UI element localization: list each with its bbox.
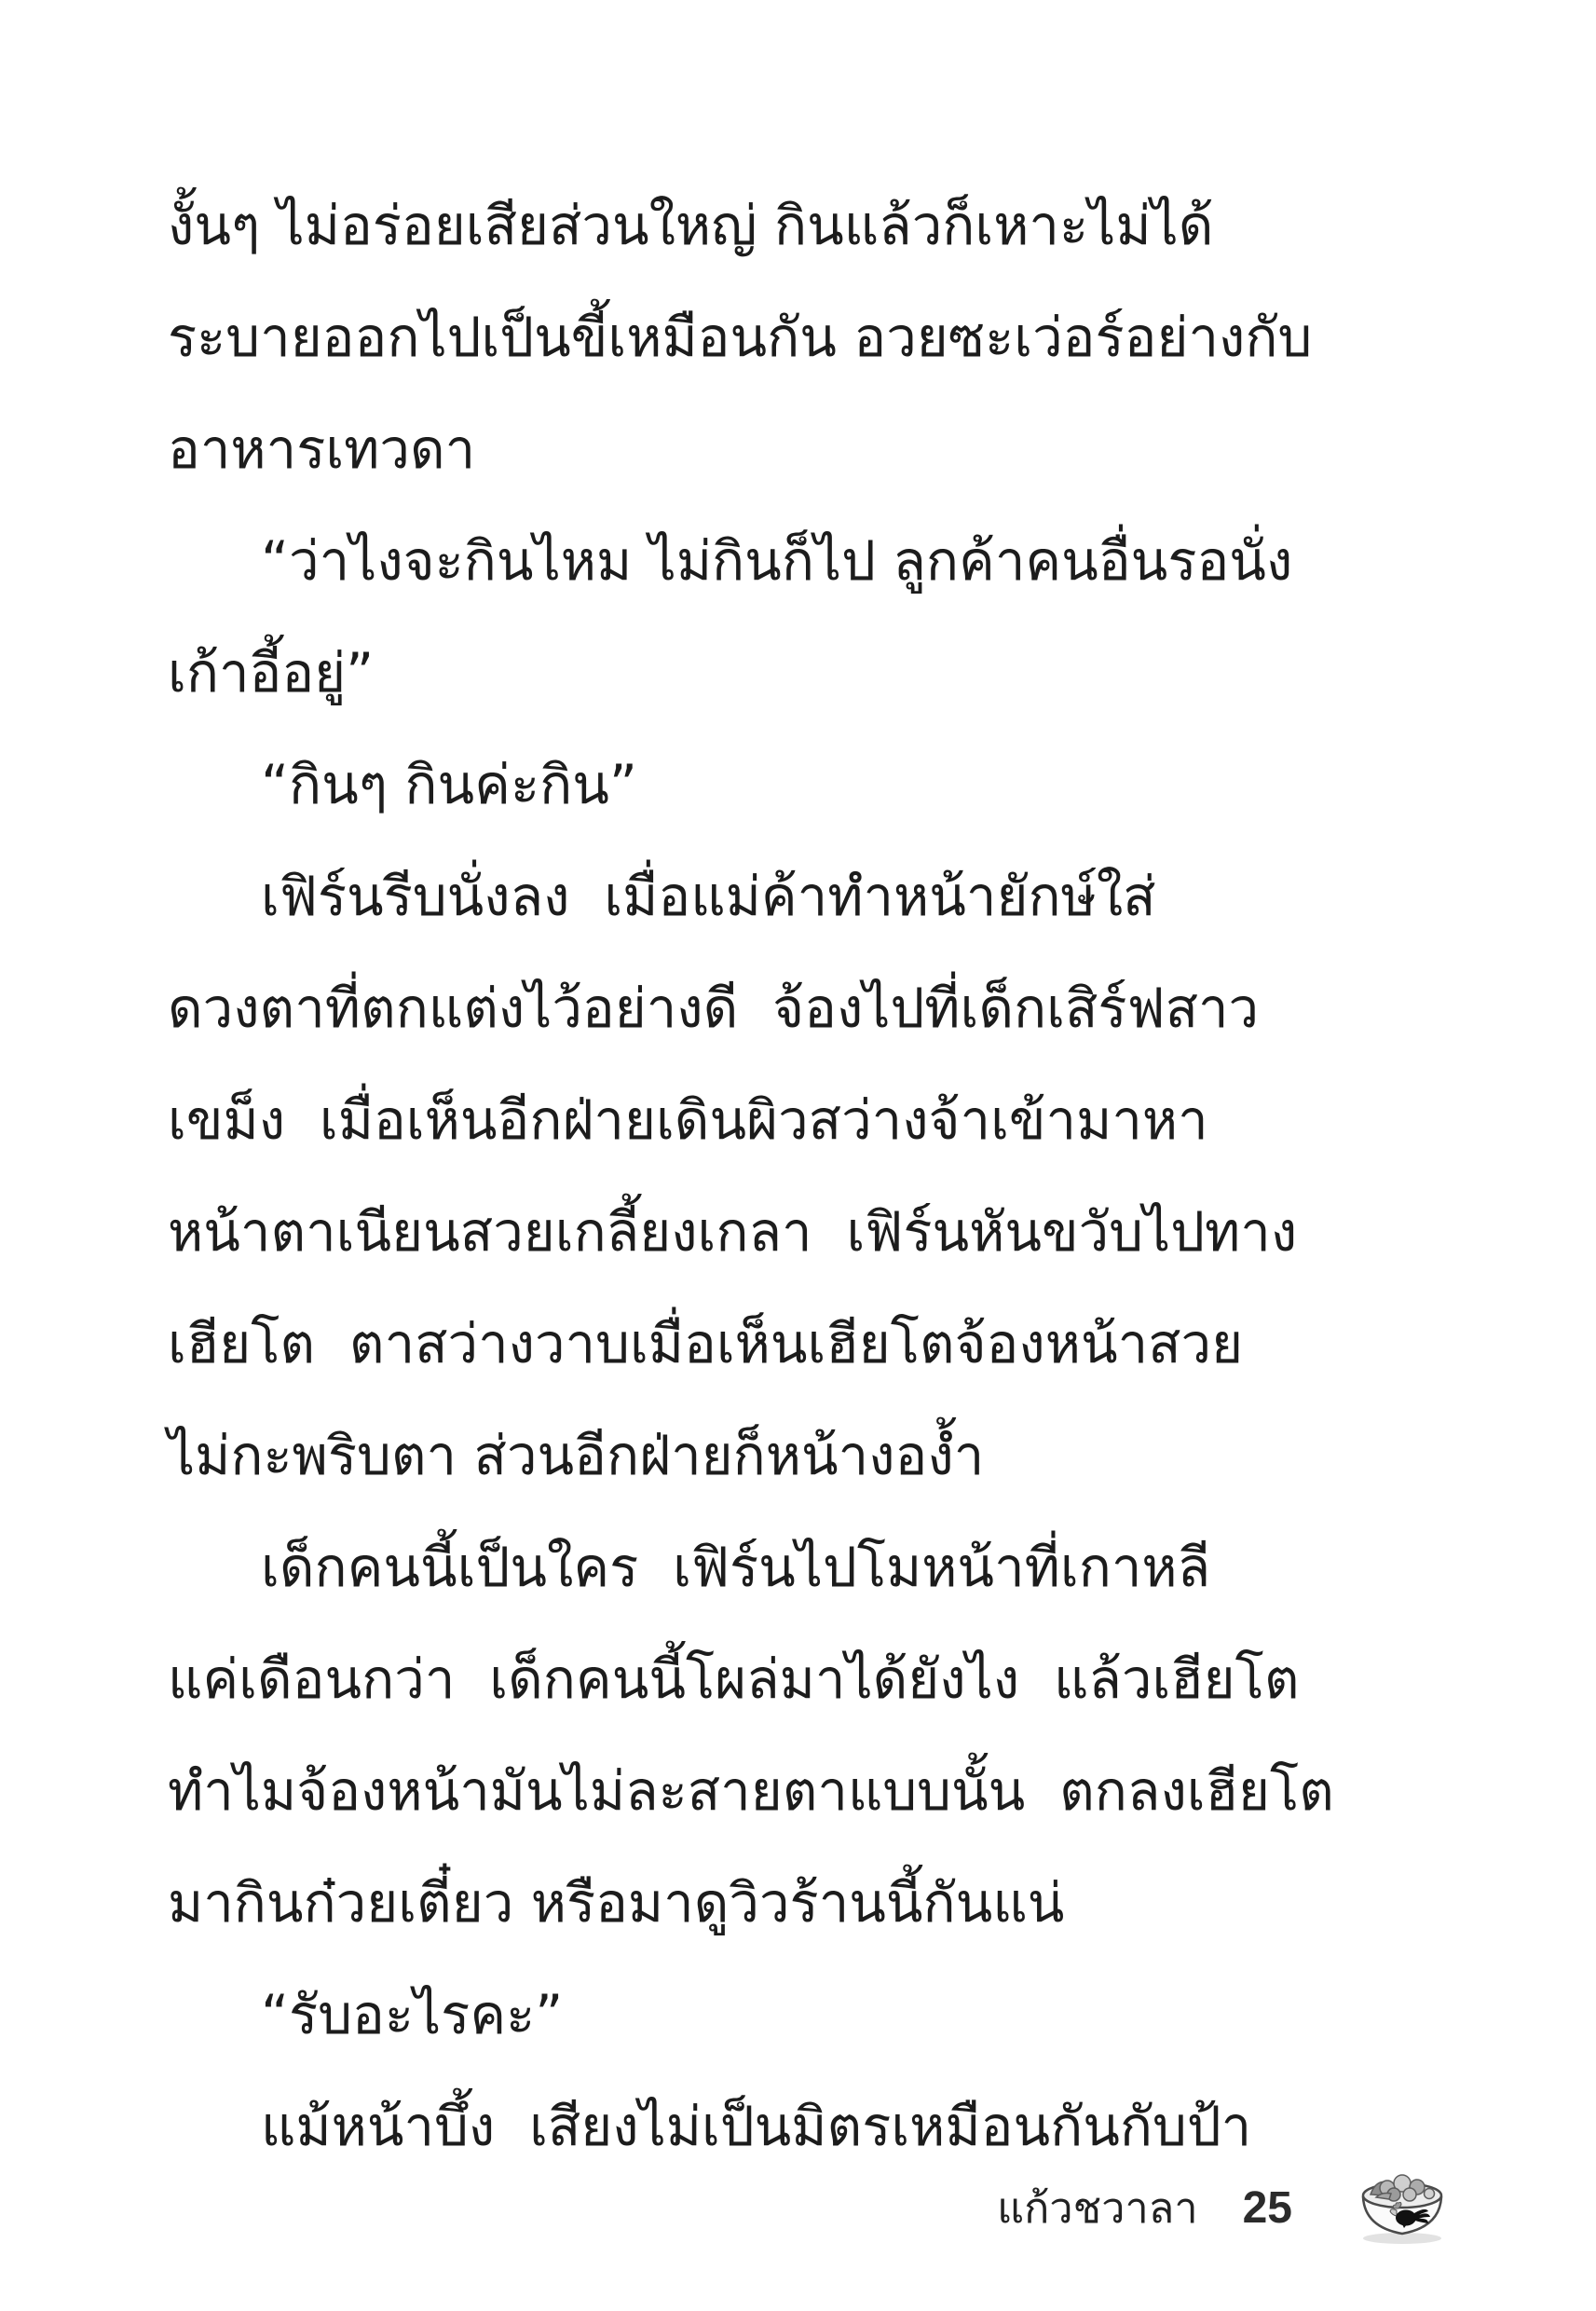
text-line: ไม่กะพริบตา ส่วนอีกฝ่ายก็หน้างอง้ำ [168, 1400, 1466, 1511]
text-line: แค่เดือนกว่า เด็กคนนี้โผล่มาได้ยังไง แล้… [168, 1623, 1466, 1735]
text-line: แม้หน้าบึ้ง เสียงไม่เป็นมิตรเหมือนกันกับ… [168, 2071, 1466, 2182]
page-number: 25 [1243, 2182, 1292, 2234]
text-line: “กินๆ กินค่ะกิน” [168, 729, 1466, 841]
text-line: “รับอะไรคะ” [168, 1959, 1466, 2071]
noodle-bowl-icon [1350, 2169, 1454, 2246]
text-line: ดวงตาที่ตกแต่งไว้อย่างดี จ้องไปที่เด็กเส… [168, 952, 1466, 1064]
book-page: งั้นๆ ไม่อร่อยเสียส่วนใหญ่ กินแล้วก็เหาะ… [0, 0, 1596, 2311]
text-line: ทำไมจ้องหน้ามันไม่ละสายตาแบบนั้น ตกลงเฮี… [168, 1735, 1466, 1847]
text-line: “ว่าไงจะกินไหม ไม่กินก็ไป ลูกค้าคนอื่นรอ… [168, 505, 1466, 617]
text-line: เฟิร์นรีบนั่งลง เมื่อแม่ค้าทำหน้ายักษ์ใส… [168, 841, 1466, 952]
body-text: งั้นๆ ไม่อร่อยเสียส่วนใหญ่ กินแล้วก็เหาะ… [168, 170, 1466, 2182]
book-title: แก้วชวาลา [997, 2174, 1197, 2241]
page-footer: แก้วชวาลา 25 [997, 2169, 1454, 2246]
text-line: เฮียโต ตาสว่างวาบเมื่อเห็นเฮียโตจ้องหน้า… [168, 1288, 1466, 1400]
text-line: งั้นๆ ไม่อร่อยเสียส่วนใหญ่ กินแล้วก็เหาะ… [168, 170, 1466, 281]
text-line: เก้าอี้อยู่” [168, 617, 1466, 729]
text-line: มากินก๋วยเตี๋ยว หรือมาดูวิวร้านนี้กันแน่ [168, 1847, 1466, 1959]
text-line: เขม็ง เมื่อเห็นอีกฝ่ายเดินผิวสว่างจ้าเข้… [168, 1064, 1466, 1176]
text-line: เด็กคนนี้เป็นใคร เฟิร์นไปโมหน้าที่เกาหลี [168, 1511, 1466, 1623]
text-line: ระบายออกไปเป็นขี้เหมือนกัน อวยซะเว่อร์อย… [168, 281, 1466, 393]
text-line: หน้าตาเนียนสวยเกลี้ยงเกลา เฟิร์นหันขวับไ… [168, 1176, 1466, 1288]
text-line: อาหารเทวดา [168, 393, 1466, 505]
